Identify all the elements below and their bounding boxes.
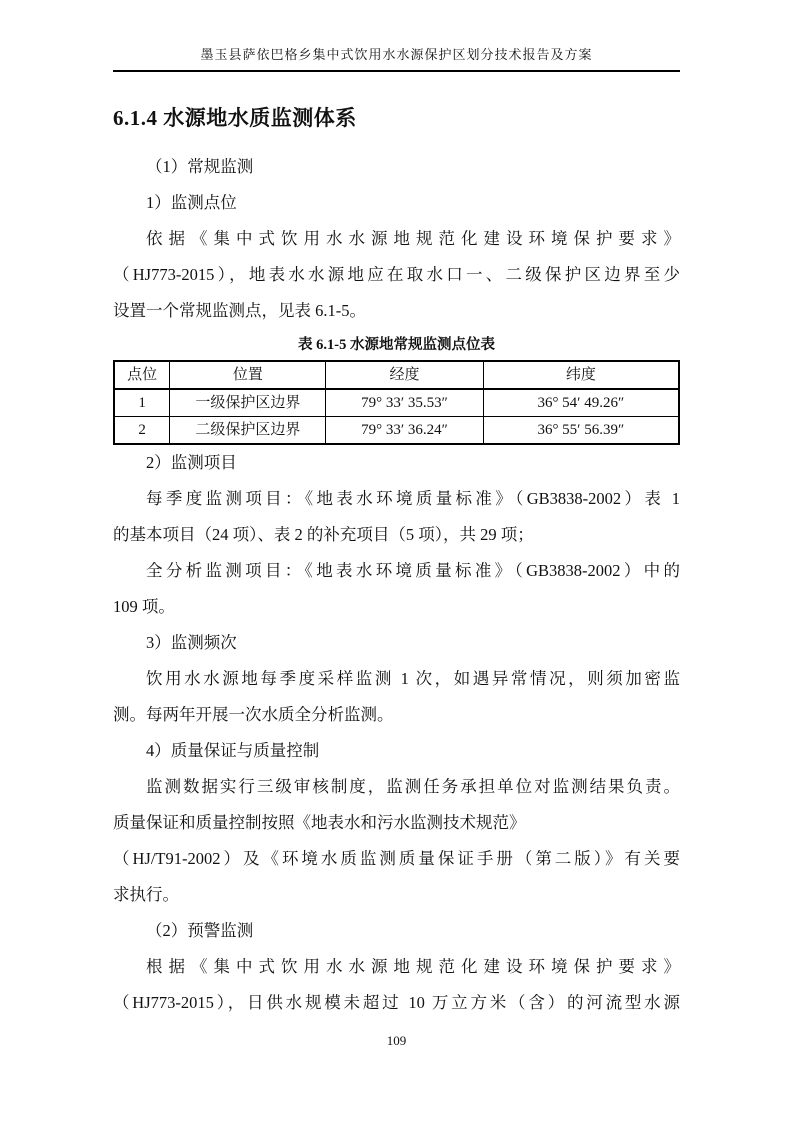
paragraph-line: 1）监测点位 xyxy=(113,185,680,221)
table-cell-location: 二级保护区边界 xyxy=(170,417,326,445)
table-cell-latitude: 36° 55′ 56.39″ xyxy=(483,417,679,445)
table-cell-longitude: 79° 33′ 35.53″ xyxy=(326,389,483,417)
column-header-longitude: 经度 xyxy=(326,361,483,389)
paragraph-line: 依据《集中式饮用水水源地规范化建设环境保护要求》 xyxy=(113,221,680,257)
paragraph-line: 根据《集中式饮用水水源地规范化建设环境保护要求》 xyxy=(113,949,680,985)
table-cell-location: 一级保护区边界 xyxy=(170,389,326,417)
page-number: 109 xyxy=(0,1033,793,1049)
paragraph-line: 设置一个常规监测点，见表 6.1-5。 xyxy=(113,293,680,329)
page-header: 墨玉县萨依巴格乡集中式饮用水水源保护区划分技术报告及方案 xyxy=(113,0,680,72)
paragraph-line: 4）质量保证与质量控制 xyxy=(113,733,680,769)
paragraph-line: 监测数据实行三级审核制度，监测任务承担单位对监测结果负责。 xyxy=(113,769,680,805)
page-header-title: 墨玉县萨依巴格乡集中式饮用水水源保护区划分技术报告及方案 xyxy=(200,47,592,62)
monitoring-points-table: 点位 位置 经度 纬度 1 一级保护区边界 79° 33′ 35.53″ 36°… xyxy=(113,360,680,445)
column-header-latitude: 纬度 xyxy=(483,361,679,389)
table-row: 2 二级保护区边界 79° 33′ 36.24″ 36° 55′ 56.39″ xyxy=(114,417,679,445)
document-page: 墨玉县萨依巴格乡集中式饮用水水源保护区划分技术报告及方案 6.1.4 水源地水质… xyxy=(0,0,793,1122)
paragraph-line: 3）监测频次 xyxy=(113,625,680,661)
table-header-row: 点位 位置 经度 纬度 xyxy=(114,361,679,389)
table-header: 点位 位置 经度 纬度 xyxy=(114,361,679,389)
table-cell-point: 1 xyxy=(114,389,170,417)
paragraph-line: 求执行。 xyxy=(113,877,680,913)
paragraph-line: 测。每两年开展一次水质全分析监测。 xyxy=(113,697,680,733)
paragraph-line: 的基本项目（24 项）、表 2 的补充项目（5 项），共 29 项； xyxy=(113,517,680,553)
table-row: 1 一级保护区边界 79° 33′ 35.53″ 36° 54′ 49.26″ xyxy=(114,389,679,417)
paragraph-line: 质量保证和质量控制按照《地表水和污水监测技术规范》 xyxy=(113,805,680,841)
table-body: 1 一级保护区边界 79° 33′ 35.53″ 36° 54′ 49.26″ … xyxy=(114,389,679,444)
table-cell-latitude: 36° 54′ 49.26″ xyxy=(483,389,679,417)
column-header-point: 点位 xyxy=(114,361,170,389)
page-content: 墨玉县萨依巴格乡集中式饮用水水源保护区划分技术报告及方案 6.1.4 水源地水质… xyxy=(113,0,680,1021)
section-heading: 6.1.4 水源地水质监测体系 xyxy=(113,103,680,133)
paragraph-line: 全分析监测项目：《地表水环境质量标准》（GB3838-2002）中的 xyxy=(113,553,680,589)
paragraph-line: 每季度监测项目：《地表水环境质量标准》（GB3838-2002）表 1 xyxy=(113,481,680,517)
paragraph-line: 2）监测项目 xyxy=(113,445,680,481)
paragraph-line: 109 项。 xyxy=(113,589,680,625)
table-cell-point: 2 xyxy=(114,417,170,445)
table-cell-longitude: 79° 33′ 36.24″ xyxy=(326,417,483,445)
paragraph-line: （HJ773-2015），地表水水源地应在取水口一、二级保护区边界至少 xyxy=(113,257,680,293)
paragraph-line: （1）常规监测 xyxy=(113,149,680,185)
column-header-location: 位置 xyxy=(170,361,326,389)
table-caption: 表 6.1-5 水源地常规监测点位表 xyxy=(113,331,680,359)
paragraph-line: 饮用水水源地每季度采样监测 1 次，如遇异常情况，则须加密监 xyxy=(113,661,680,697)
paragraph-line: （HJ/T91-2002）及《环境水质监测质量保证手册（第二版）》有关要 xyxy=(113,841,680,877)
paragraph-line: （HJ773-2015），日供水规模未超过 10 万立方米（含）的河流型水源 xyxy=(113,985,680,1021)
paragraph-line: （2）预警监测 xyxy=(113,913,680,949)
